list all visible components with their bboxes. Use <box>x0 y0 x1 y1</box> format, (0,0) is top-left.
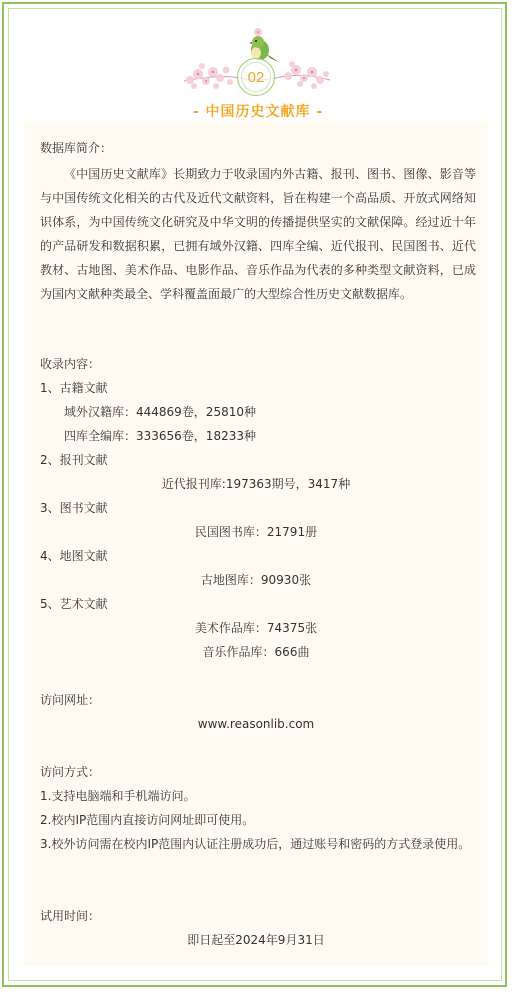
section-number-badge: 02 <box>237 58 275 96</box>
access-method-heading: 访问方式： <box>40 760 100 784</box>
intro-heading: 数据库简介： <box>40 136 112 160</box>
trial-heading: 试用时间： <box>40 904 100 928</box>
section-number: 02 <box>248 69 265 86</box>
access-method-item: 3.校外访问需在校内IP范围内认证注册成功后，通过账号和密码的方式登录使用。 <box>40 832 480 856</box>
category-label-books: 3、图书文献 <box>40 496 108 520</box>
category-label-periodicals: 2、报刊文献 <box>40 448 108 472</box>
intro-paragraph: 《中国历史文献库》长期致力于收录国内外古籍、报刊、图书、图像、影音等与中国传统文… <box>40 162 476 306</box>
section-title: - 中国历史文献库 - <box>0 101 516 121</box>
access-method-item: 1.支持电脑端和手机端访问。 <box>40 784 195 808</box>
category-item: 域外汉籍库：444869卷，25810种 <box>64 400 256 424</box>
category-item: 近代报刊库:197363期号，3417种 <box>24 472 488 496</box>
category-item: 美术作品库：74375张 <box>24 616 488 640</box>
category-item: 四库全编库：333656卷，18233种 <box>64 424 256 448</box>
access-method-item: 2.校内IP范围内直接访问网址即可使用。 <box>40 808 254 832</box>
category-label-ancient-books: 1、古籍文献 <box>40 376 108 400</box>
trial-period: 即日起至2024年9月31日 <box>24 928 488 952</box>
category-item: 民国图书库：21791册 <box>24 520 488 544</box>
category-item: 音乐作品库：666曲 <box>24 640 488 664</box>
category-label-maps: 4、地图文献 <box>40 544 108 568</box>
access-url-link[interactable]: www.reasonlib.com <box>24 712 488 736</box>
contents-heading: 收录内容： <box>40 352 100 376</box>
category-label-art: 5、艺术文献 <box>40 592 108 616</box>
category-item: 古地图库：90930张 <box>24 568 488 592</box>
access-url-heading: 访问网址： <box>40 688 100 712</box>
